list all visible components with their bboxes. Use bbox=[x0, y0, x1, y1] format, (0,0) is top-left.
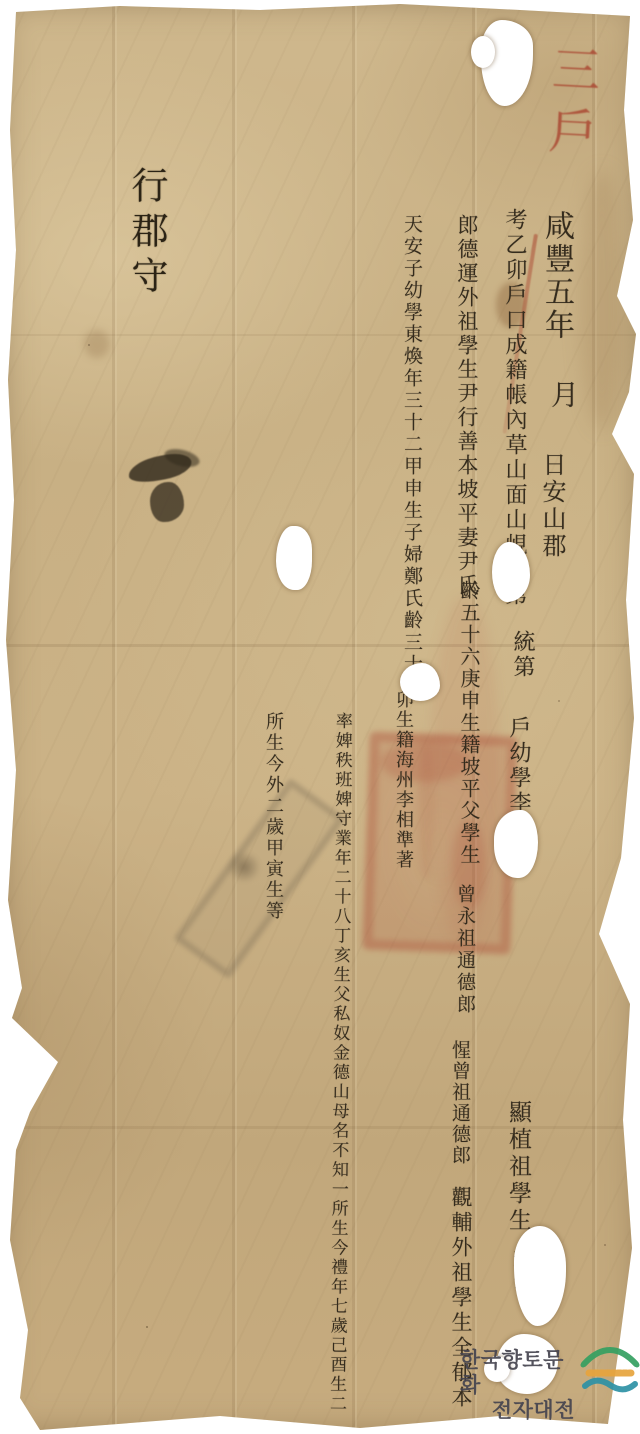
faded-stamp-impression bbox=[173, 778, 346, 980]
document-photo: 三戶 行郡守 咸豐五年 月 日安山郡 考乙卯戶口成籍帳內草山面山峴里第 統第 戶… bbox=[0, 0, 640, 1434]
paper-hole bbox=[400, 663, 440, 701]
date-era-column: 咸豐五年 bbox=[541, 210, 571, 342]
genealogy-column-seg3: 曾永祖通德郎 bbox=[455, 884, 474, 1016]
register-tong-column: 統第 bbox=[511, 630, 533, 680]
watermark-line1: 한국향토문화 bbox=[460, 1348, 575, 1398]
genealogy-column-seg2: 齡五十六庚申生籍坡平父學生 bbox=[459, 580, 479, 866]
date-day-place-column: 日安山郡 bbox=[540, 452, 564, 560]
register-ho-column: 戶幼學李 bbox=[507, 716, 529, 816]
paper-sheet: 三戶 行郡守 咸豐五年 月 日安山郡 考乙卯戶口成籍帳內草山面山峴里第 統第 戶… bbox=[0, 0, 640, 1434]
ink-blot bbox=[163, 446, 202, 470]
ink-blot bbox=[126, 451, 193, 486]
family-column-seg1: 天安子幼學東煥年三十二甲申生子婦鄭氏齡三十七 bbox=[402, 214, 421, 698]
paper-hole bbox=[494, 810, 538, 878]
edge-stain bbox=[580, 170, 624, 430]
date-month-column: 月 bbox=[549, 380, 577, 408]
ink-blot bbox=[150, 482, 184, 522]
family-column-seg2: 卯生籍海州李相準著 bbox=[394, 690, 412, 870]
official-signature: 行郡守 bbox=[128, 166, 165, 301]
paper-specks bbox=[0, 0, 2, 2]
paper-hole bbox=[276, 526, 312, 590]
red-brush-annotation: 三戶 bbox=[543, 43, 597, 169]
brown-stain bbox=[84, 330, 110, 358]
fragment-column-seg1: 顯植祖學生 bbox=[506, 1100, 529, 1235]
second-child-column: 所生今外二歲甲寅生等 bbox=[264, 712, 282, 922]
archive-watermark: 한국향토문화 전자대전 bbox=[460, 1342, 640, 1424]
slaves-column: 率婢秩班婢守業年二十八丁亥生父私奴金德山母名不知一所生今禮年七歲己酉生二 bbox=[327, 712, 350, 1414]
watermark-line2: 전자대전 bbox=[492, 1398, 575, 1423]
genealogy-column-seg1: 郎德運外祖學生尹行善本坡平妻尹氏 bbox=[456, 214, 477, 598]
encyclopedia-logo-icon bbox=[580, 1342, 640, 1400]
genealogy-column-seg4: 惺曾祖通德郎 bbox=[450, 1040, 469, 1166]
watermark-text: 한국향토문화 전자대전 bbox=[460, 1348, 575, 1424]
